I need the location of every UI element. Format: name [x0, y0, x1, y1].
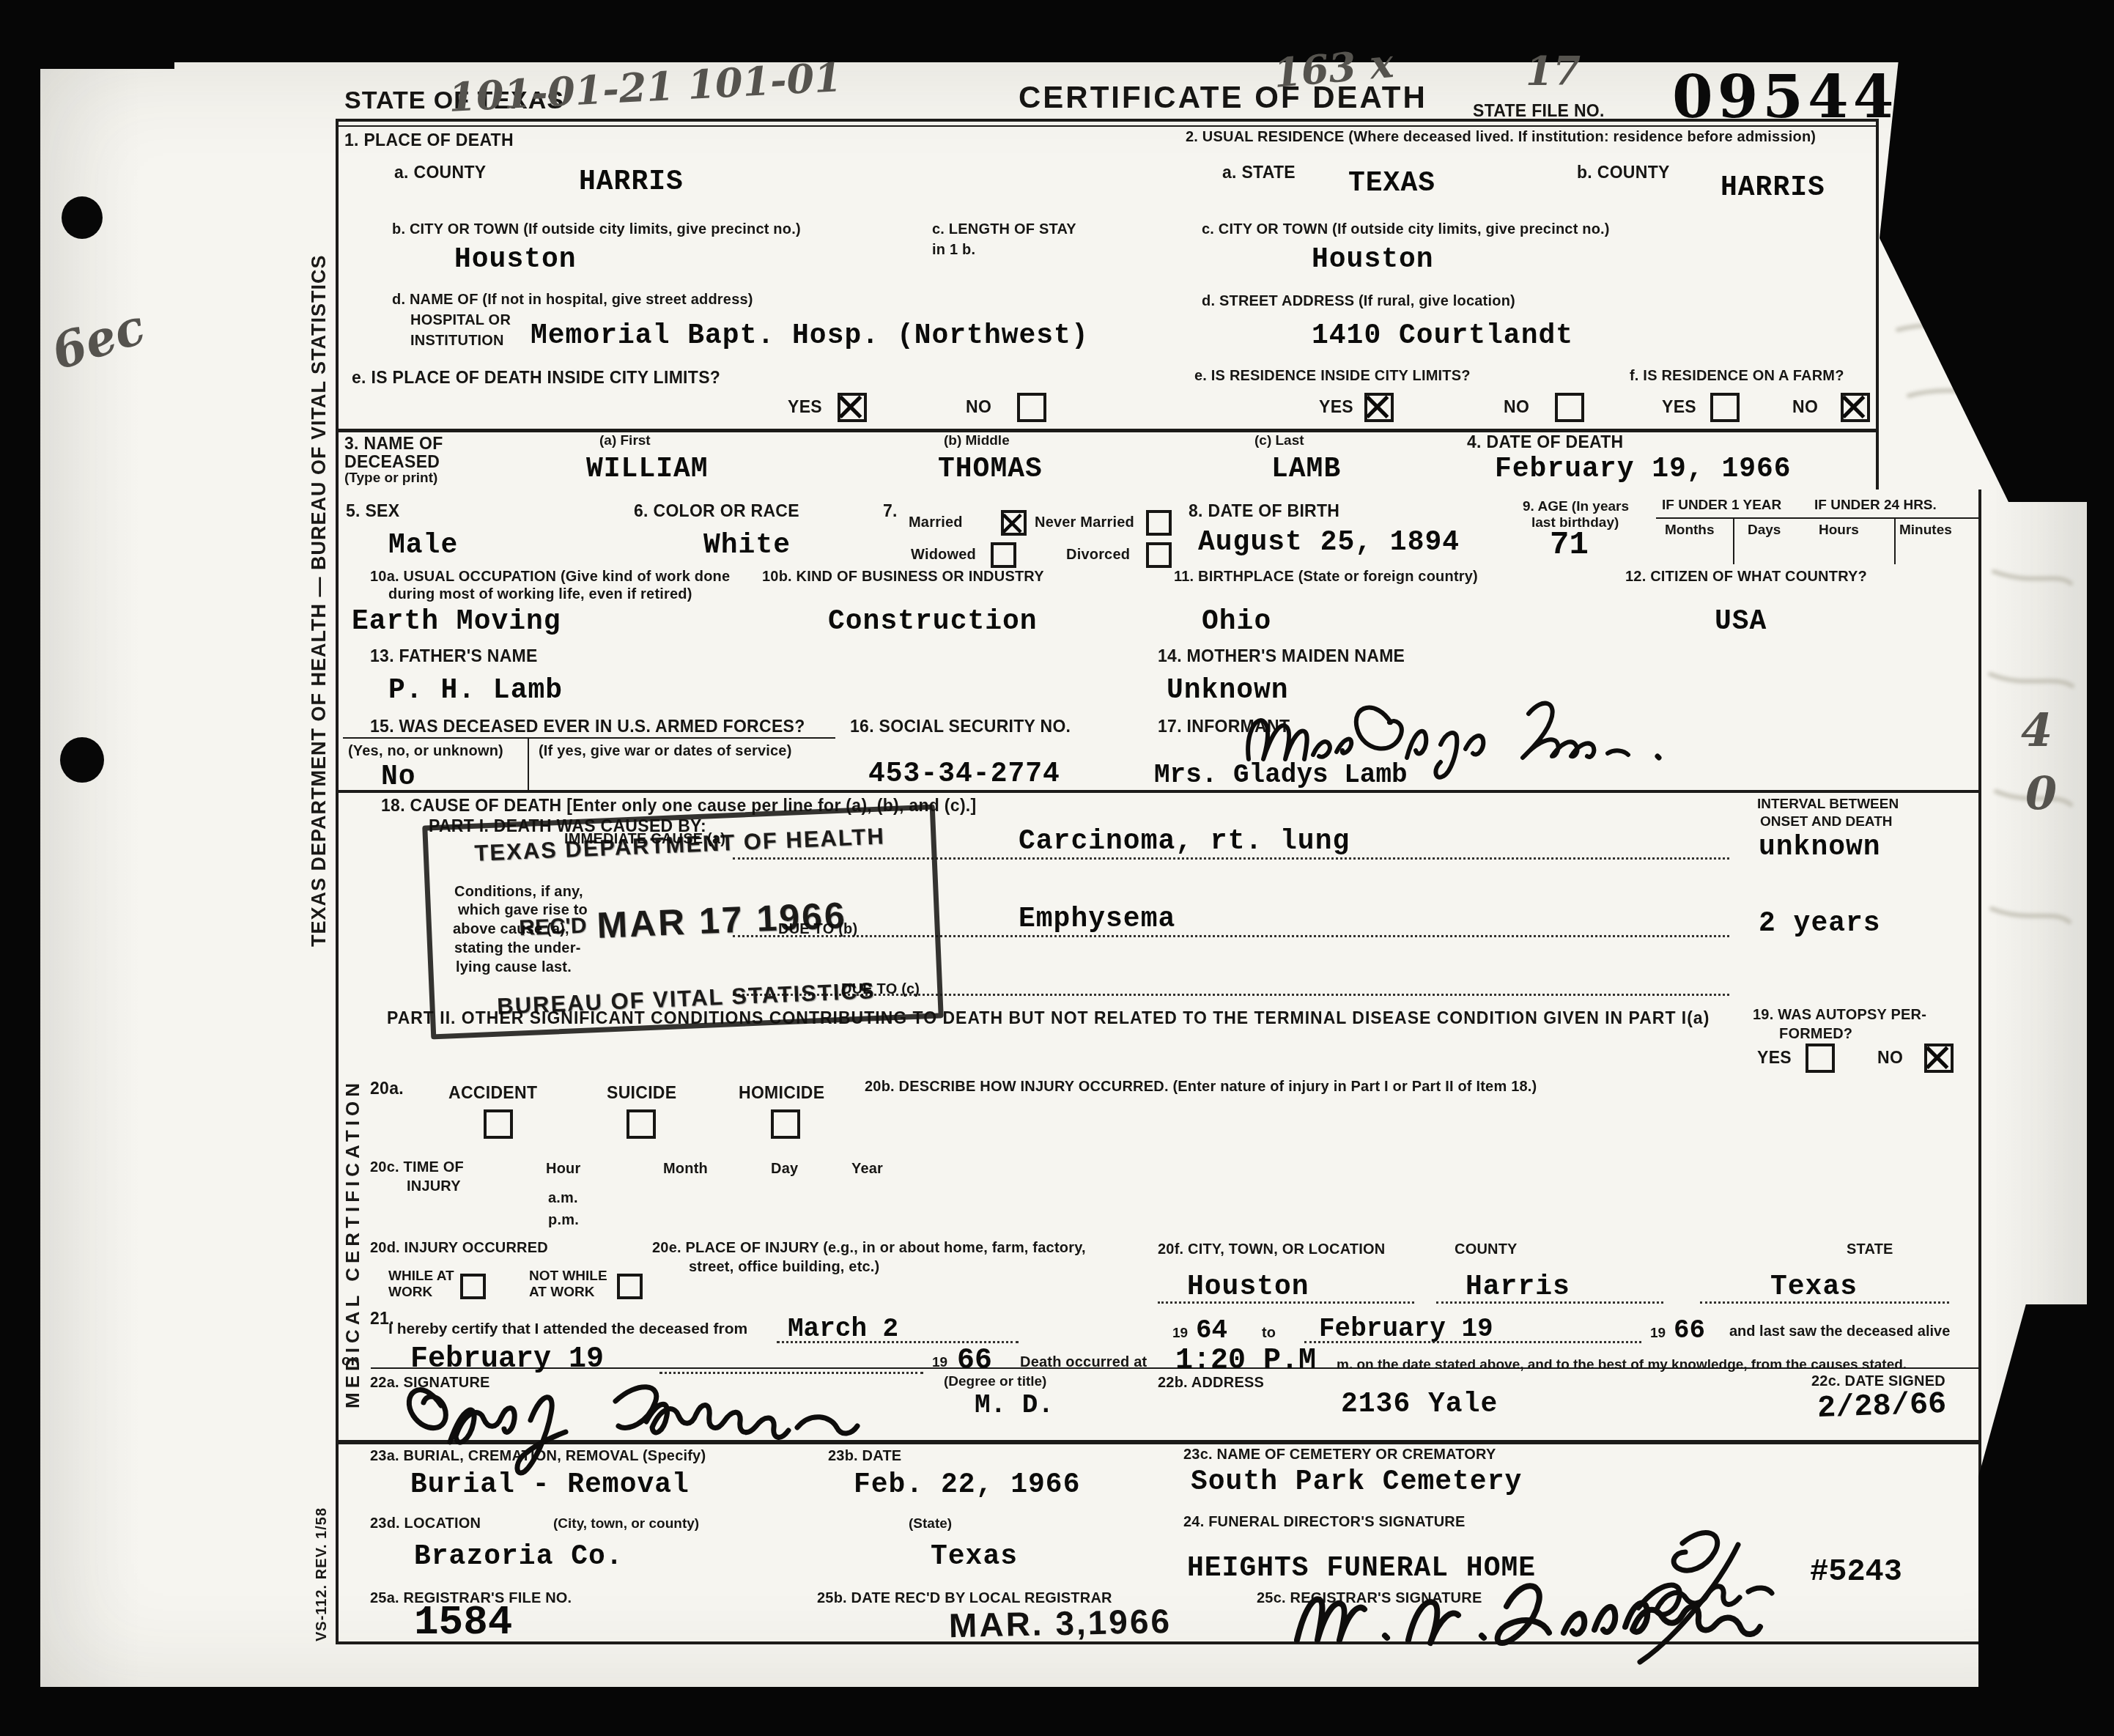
divorced-label: Divorced — [1066, 547, 1130, 564]
location-sub1: (City, town, or county) — [553, 1517, 699, 1532]
residence-county-value: HARRIS — [1721, 174, 1825, 202]
pencil-note-0: 0 — [2025, 771, 2057, 816]
not-while-label: NOT WHILE — [529, 1269, 607, 1285]
hospital-label3: INSTITUTION — [410, 333, 504, 350]
homicide-checkbox — [771, 1109, 800, 1139]
residence-limits-no-label: NO — [1504, 397, 1529, 416]
first-name-label: (a) First — [599, 434, 651, 449]
received-stamp: TEXAS DEPARTMENT OF HEALTH REC'D MAR 17 … — [422, 804, 944, 1039]
name-of-deceased-label: 3. NAME OF — [344, 434, 443, 453]
residence-city-value: Houston — [1312, 246, 1434, 274]
injury-city-value: Houston — [1187, 1274, 1309, 1301]
attended-from-date: March 2 — [788, 1316, 898, 1342]
months-label: Months — [1665, 523, 1715, 539]
place-county-label: a. COUNTY — [394, 163, 486, 182]
place-limits-yes-checkbox — [838, 393, 867, 422]
sex-label: 5. SEX — [346, 501, 399, 520]
describe-injury-label: 20b. DESCRIBE HOW INJURY OCCURRED. (Ente… — [865, 1079, 1537, 1096]
injury-county-label: COUNTY — [1455, 1241, 1518, 1258]
married-checkbox — [1001, 510, 1027, 536]
pencil-17: 17 — [1526, 51, 1581, 91]
location-value1: Brazoria Co. — [414, 1543, 624, 1571]
film-edge-left — [0, 0, 40, 1736]
location-sub2: (State) — [909, 1517, 952, 1532]
mother-name-label: 14. MOTHER'S MAIDEN NAME — [1158, 646, 1405, 665]
days-label: Days — [1748, 523, 1781, 539]
residence-state-value: TEXAS — [1348, 170, 1435, 198]
homicide-label: HOMICIDE — [739, 1083, 824, 1102]
place-of-injury-label2: street, office building, etc.) — [689, 1259, 879, 1276]
farm-no-label: NO — [1792, 397, 1818, 416]
state-file-no-label: STATE FILE NO. — [1473, 101, 1605, 120]
time-of-injury-label2: INJURY — [407, 1178, 461, 1195]
residence-county-label: b. COUNTY — [1577, 163, 1670, 182]
first-name-value: WILLIAM — [586, 456, 709, 484]
margin-department-label: TEXAS DEPARTMENT OF HEALTH — BUREAU OF V… — [308, 255, 330, 948]
interval-label1: INTERVAL BETWEEN — [1757, 797, 1899, 813]
residence-state-label: a. STATE — [1222, 163, 1296, 182]
pencil-note-4: 4 — [2021, 708, 2052, 753]
residence-city-limits-label: e. IS RESIDENCE INSIDE CITY LIMITS? — [1194, 368, 1471, 385]
to-year-value: 66 — [1674, 1318, 1705, 1344]
month-label: Month — [663, 1161, 708, 1178]
if-under-24-hrs-label: IF UNDER 24 HRS. — [1814, 498, 1937, 514]
manner-label: 20a. — [370, 1079, 404, 1098]
birthplace-value: Ohio — [1202, 608, 1271, 636]
certify-line2b: m. on the date stated above, and to the … — [1337, 1357, 1907, 1373]
attended-to-date: February 19 — [1319, 1316, 1493, 1342]
on-year-prefix: 19 — [932, 1356, 947, 1371]
funeral-number: #5243 — [1810, 1556, 1902, 1587]
burial-date-value: Feb. 22, 1966 — [854, 1471, 1080, 1499]
age-label: 9. AGE (In years — [1523, 500, 1629, 515]
father-name-label: 13. FATHER'S NAME — [370, 646, 538, 665]
death-occurred-label: Death occurred at — [1020, 1354, 1147, 1371]
accident-label: ACCIDENT — [448, 1083, 537, 1102]
on-word: on — [341, 1353, 360, 1370]
color-race-value: White — [703, 532, 791, 560]
cause-a-value: Carcinoma, rt. lung — [1019, 828, 1350, 856]
length-of-stay-label: c. LENGTH OF STAY — [932, 221, 1076, 238]
to-word: to — [1262, 1325, 1276, 1342]
middle-name-label: (b) Middle — [944, 434, 1010, 449]
from-year-prefix: 19 — [1172, 1326, 1188, 1342]
cause-b-value: Emphysema — [1019, 906, 1175, 934]
type-or-print-label: (Type or print) — [344, 471, 437, 487]
degree-value: M. D. — [975, 1392, 1054, 1419]
place-limits-yes-label: YES — [788, 397, 822, 416]
not-while-at-work-checkbox — [617, 1274, 643, 1299]
last-name-label: (c) Last — [1254, 434, 1304, 449]
on-year-value: 66 — [957, 1347, 992, 1376]
from-year-value: 64 — [1196, 1318, 1227, 1344]
last-name-value: LAMB — [1271, 456, 1341, 484]
occupation-value: Earth Moving — [352, 608, 561, 636]
place-of-death-label: 1. PLACE OF DEATH — [344, 130, 514, 149]
not-at-work-label: AT WORK — [529, 1285, 594, 1301]
hole-punch-top — [62, 196, 103, 239]
usual-residence-label: 2. USUAL RESIDENCE (Where deceased lived… — [1186, 129, 1816, 146]
cemetery-label: 23c. NAME OF CEMETERY OR CREMATORY — [1183, 1447, 1496, 1463]
day-label: Day — [771, 1161, 798, 1178]
autopsy-label2: FORMED? — [1779, 1026, 1852, 1043]
film-edge-bottom — [0, 1687, 2114, 1736]
scanned-death-certificate: 6ec 4 0 TEXAS DEPARTMENT OF HEALTH — BUR… — [0, 0, 2114, 1736]
if-under-1-year-label: IF UNDER 1 YEAR — [1662, 498, 1781, 514]
ssn-label: 16. SOCIAL SECURITY NO. — [850, 717, 1071, 736]
interval-b-value: 2 years — [1759, 910, 1881, 938]
pencil-163x: 163 x — [1272, 43, 1395, 93]
place-city-value: Houston — [454, 246, 577, 274]
never-married-checkbox — [1146, 510, 1172, 536]
armed-forces-sub1: (Yes, no, or unknown) — [348, 743, 503, 760]
armed-forces-sub2: (If yes, give war or dates of service) — [539, 743, 792, 760]
stamp-line1: TEXAS DEPARTMENT OF HEALTH — [474, 823, 886, 866]
farm-yes-checkbox — [1710, 393, 1740, 422]
pm-label: p.m. — [548, 1212, 579, 1229]
industry-value: Construction — [828, 608, 1038, 636]
marital-label: 7. — [883, 501, 898, 520]
accident-checkbox — [484, 1109, 513, 1139]
color-race-label: 6. COLOR OR RACE — [634, 501, 799, 520]
while-at-label: WHILE AT — [388, 1269, 454, 1285]
interval-label2: ONSET AND DEATH — [1760, 815, 1893, 830]
injury-state-value: Texas — [1770, 1274, 1858, 1301]
certify-line1b: and last saw the deceased alive — [1729, 1323, 1950, 1340]
while-at-work-checkbox — [460, 1274, 486, 1299]
injury-state-label: STATE — [1847, 1241, 1893, 1258]
widowed-label: Widowed — [911, 547, 976, 564]
date-of-death-value: February 19, 1966 — [1495, 456, 1792, 484]
citizen-value: USA — [1715, 608, 1767, 636]
date-signed-value: 2/28/66 — [1817, 1389, 1947, 1424]
armed-forces-label: 15. WAS DECEASED EVER IN U.S. ARMED FORC… — [370, 717, 805, 736]
place-county-value: HARRIS — [579, 169, 684, 196]
informant-signature — [1238, 692, 1678, 783]
injury-occurred-label: 20d. INJURY OCCURRED — [370, 1240, 548, 1257]
occupation-label2: during most of working life, even if ret… — [388, 586, 692, 603]
hour-label: Hour — [546, 1161, 580, 1178]
hospital-label: d. NAME OF (If not in hospital, give str… — [392, 292, 753, 309]
widowed-checkbox — [991, 542, 1016, 568]
registrar-file-value: 1584 — [414, 1602, 512, 1643]
place-of-injury-label1: 20e. PLACE OF INJURY (e.g., in or about … — [652, 1240, 1086, 1257]
residence-farm-label: f. IS RESIDENCE ON A FARM? — [1630, 368, 1844, 385]
birthplace-label: 11. BIRTHPLACE (State or foreign country… — [1174, 569, 1478, 586]
interval-a-value: unknown — [1759, 834, 1881, 862]
citizen-label: 12. CITIZEN OF WHAT COUNTRY? — [1625, 569, 1867, 586]
year-label: Year — [851, 1161, 883, 1178]
length-of-stay-label2: in 1 b. — [932, 242, 975, 259]
occupation-label: 10a. USUAL OCCUPATION (Give kind of work… — [370, 569, 730, 586]
suicide-label: SUICIDE — [607, 1083, 676, 1102]
degree-label: (Degree or title) — [944, 1375, 1046, 1390]
autopsy-yes-label: YES — [1757, 1048, 1792, 1067]
place-city-label: b. CITY OR TOWN (If outside city limits,… — [392, 221, 801, 238]
while-work-label: WORK — [388, 1285, 432, 1301]
autopsy-no-label: NO — [1877, 1048, 1903, 1067]
residence-limits-no-checkbox — [1555, 393, 1584, 422]
farm-no-checkbox — [1841, 393, 1870, 422]
divorced-checkbox — [1146, 542, 1172, 568]
stamp-line3: BUREAU OF VITAL STATISTICS — [497, 978, 876, 1020]
film-edge-top — [0, 0, 2114, 62]
place-limits-no-checkbox — [1017, 393, 1046, 422]
registrar-signature — [1282, 1564, 1766, 1677]
margin-form-number: VS-112. REV. 1/58 — [314, 1507, 330, 1641]
residence-limits-yes-checkbox — [1364, 393, 1394, 422]
hospital-label2: HOSPITAL OR — [410, 312, 511, 329]
state-file-number: 09544 — [1672, 67, 1898, 126]
street-address-label: d. STREET ADDRESS (If rural, give locati… — [1202, 293, 1515, 310]
name-of-deceased-label2: DECEASED — [344, 452, 440, 471]
age-value: 71 — [1550, 529, 1589, 561]
hospital-value: Memorial Bapt. Hosp. (Northwest) — [531, 322, 1089, 350]
cemetery-value: South Park Cemetery — [1191, 1469, 1522, 1496]
place-city-limits-label: e. IS PLACE OF DEATH INSIDE CITY LIMITS? — [352, 368, 720, 387]
stamp-recd: REC'D — [519, 914, 587, 942]
married-label: Married — [909, 514, 963, 531]
autopsy-label1: 19. WAS AUTOPSY PER- — [1753, 1007, 1926, 1024]
bleed-through-marks-2 — [1983, 557, 2078, 971]
residence-limits-yes-label: YES — [1319, 397, 1353, 416]
autopsy-no-checkbox — [1924, 1044, 1954, 1073]
armed-forces-value: No — [381, 764, 416, 791]
never-married-label: Never Married — [1035, 514, 1134, 531]
am-label: a.m. — [548, 1190, 578, 1207]
funeral-director-label: 24. FUNERAL DIRECTOR'S SIGNATURE — [1183, 1514, 1466, 1531]
time-of-injury-label1: 20c. TIME OF — [370, 1159, 464, 1176]
address-value: 2136 Yale — [1341, 1391, 1498, 1419]
physician-signature — [396, 1360, 872, 1488]
date-of-birth-value: August 25, 1894 — [1198, 529, 1460, 557]
industry-label: 10b. KIND OF BUSINESS OR INDUSTRY — [762, 569, 1044, 586]
date-of-birth-label: 8. DATE OF BIRTH — [1189, 501, 1339, 520]
death-time-value: 1:20 P.M — [1175, 1347, 1316, 1376]
location-label: 23d. LOCATION — [370, 1515, 481, 1532]
middle-name-value: THOMAS — [938, 456, 1043, 484]
sex-value: Male — [388, 532, 458, 560]
to-year-prefix: 19 — [1650, 1326, 1666, 1342]
father-name-value: P. H. Lamb — [388, 677, 563, 705]
stamp-date: MAR 17 1966 — [596, 894, 848, 947]
address-label: 22b. ADDRESS — [1158, 1375, 1264, 1392]
date-of-death-label: 4. DATE OF DEATH — [1467, 432, 1624, 451]
autopsy-yes-checkbox — [1806, 1044, 1835, 1073]
certify-line1a: I hereby certify that I attended the dec… — [388, 1321, 747, 1338]
hole-punch-bottom — [60, 737, 104, 783]
ssn-value: 453-34-2774 — [868, 761, 1060, 788]
location-value2: Texas — [931, 1543, 1018, 1571]
hours-label: Hours — [1819, 523, 1859, 539]
injury-county-value: Harris — [1466, 1274, 1570, 1301]
injury-city-label: 20f. CITY, TOWN, OR LOCATION — [1158, 1241, 1385, 1258]
farm-yes-label: YES — [1662, 397, 1696, 416]
residence-city-label: c. CITY OR TOWN (If outside city limits,… — [1202, 221, 1610, 238]
place-limits-no-label: NO — [966, 397, 991, 416]
date-received-value: MAR. 3,1966 — [949, 1604, 1172, 1642]
minutes-label: Minutes — [1899, 523, 1952, 539]
street-address-value: 1410 Courtlandt — [1312, 322, 1573, 350]
suicide-checkbox — [627, 1109, 656, 1139]
